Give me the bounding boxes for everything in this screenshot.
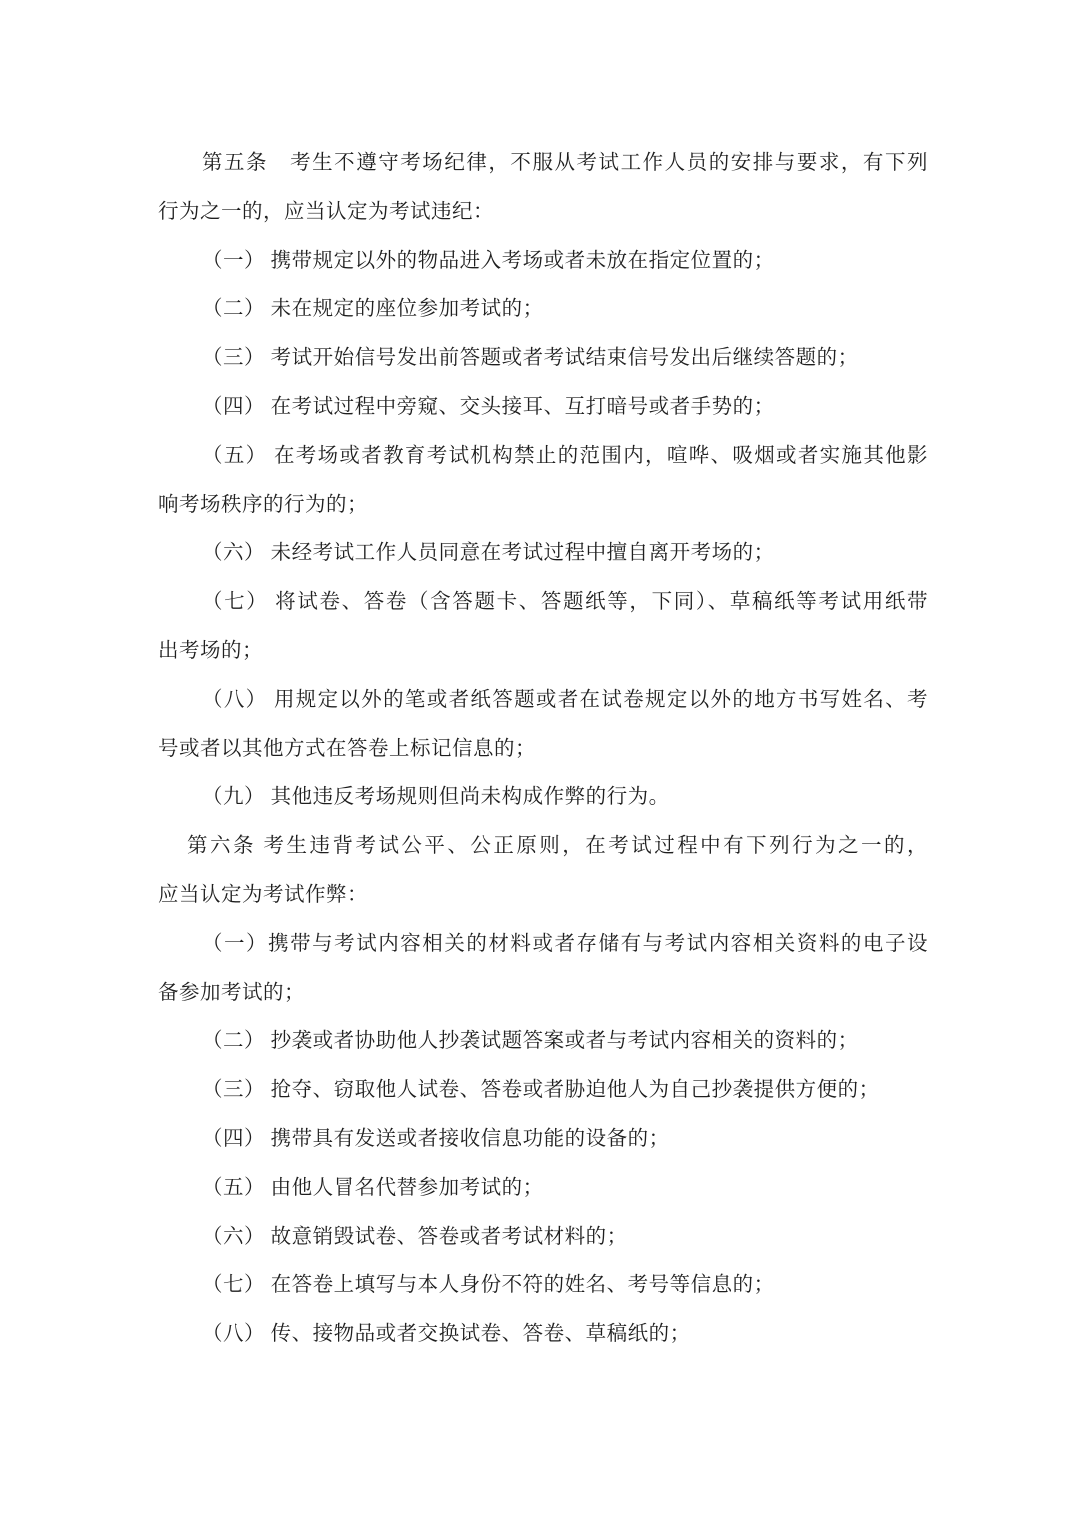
text-line: （五） 由他人冒名代替参加考试的； (158, 1164, 928, 1213)
text-line: （三） 考试开始信号发出前答题或者考试结束信号发出后继续答题的； (158, 334, 928, 383)
text-line: （三） 抢夺、窃取他人试卷、答卷或者胁迫他人为自己抄袭提供方便的； (158, 1066, 928, 1115)
text-line: （六） 未经考试工作人员同意在考试过程中擅自离开考场的； (158, 529, 928, 578)
document-page: 第五条 考生不遵守考场纪律，不服从考试工作人员的安排与要求，有下列行为之一的，应… (0, 0, 1080, 1528)
text-line: 备参加考试的； (158, 969, 928, 1018)
text-line: （七） 在答卷上填写与本人身份不符的姓名、考号等信息的； (158, 1261, 928, 1310)
text-line: （六） 故意销毁试卷、答卷或者考试材料的； (158, 1213, 928, 1262)
text-line: 号或者以其他方式在答卷上标记信息的； (158, 725, 928, 774)
text-line: 出考场的； (158, 627, 928, 676)
text-line: 第五条 考生不遵守考场纪律，不服从考试工作人员的安排与要求，有下列 (158, 139, 928, 188)
text-line: （九） 其他违反考场规则但尚未构成作弊的行为。 (158, 773, 928, 822)
text-line: （五） 在考场或者教育考试机构禁止的范围内，喧哗、吸烟或者实施其他影 (158, 432, 928, 481)
document-body: 第五条 考生不遵守考场纪律，不服从考试工作人员的安排与要求，有下列行为之一的，应… (158, 139, 928, 1359)
text-line: （四） 在考试过程中旁窥、交头接耳、互打暗号或者手势的； (158, 383, 928, 432)
text-line: （一）携带与考试内容相关的材料或者存储有与考试内容相关资料的电子设 (158, 920, 928, 969)
text-line: 应当认定为考试作弊： (158, 871, 928, 920)
text-line: （四） 携带具有发送或者接收信息功能的设备的； (158, 1115, 928, 1164)
text-line: （七） 将试卷、答卷（含答题卡、答题纸等，下同）、草稿纸等考试用纸带 (158, 578, 928, 627)
text-line: （八） 用规定以外的笔或者纸答题或者在试卷规定以外的地方书写姓名、考 (158, 676, 928, 725)
text-line: （二） 抄袭或者协助他人抄袭试题答案或者与考试内容相关的资料的； (158, 1017, 928, 1066)
text-line: （一） 携带规定以外的物品进入考场或者未放在指定位置的； (158, 237, 928, 286)
text-line: 响考场秩序的行为的； (158, 481, 928, 530)
text-line: （二） 未在规定的座位参加考试的； (158, 285, 928, 334)
text-line: （八） 传、接物品或者交换试卷、答卷、草稿纸的； (158, 1310, 928, 1359)
text-line: 行为之一的，应当认定为考试违纪： (158, 188, 928, 237)
text-line: 第六条 考生违背考试公平、公正原则，在考试过程中有下列行为之一的， (158, 822, 928, 871)
